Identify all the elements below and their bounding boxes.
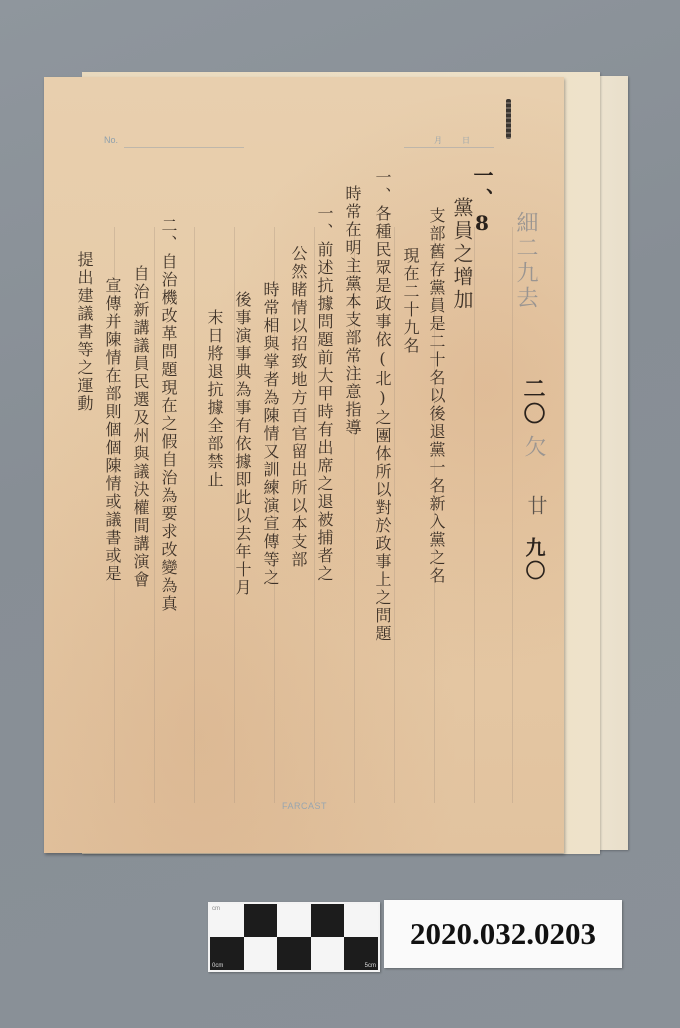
margin-note-pencil: 欠 — [522, 435, 544, 460]
color-scale-bar: cm 0cm 5cm — [208, 902, 380, 972]
ruled-line — [154, 227, 155, 803]
handwritten-column: 二、自治機改革問題現在之假自治為要求改變為真 — [160, 217, 176, 613]
handwritten-column: 現在二十九名 — [402, 247, 418, 355]
paper-watermark: FARCAST — [282, 801, 327, 811]
catalog-id-text: 2020.032.0203 — [410, 916, 596, 952]
form-no-underline — [124, 147, 244, 148]
form-date-underline — [404, 147, 494, 148]
ruled-line — [474, 227, 475, 803]
margin-note-ink: 二〇 — [522, 377, 544, 427]
handwritten-column: 時常相與掌者為陳情又訓練演宣傳等之 — [262, 281, 278, 587]
form-month-label: 月 — [434, 135, 442, 146]
form-day-label: 日 — [462, 135, 470, 146]
catalog-id-label: 2020.032.0203 — [384, 900, 622, 968]
handwritten-column: 後事演事典為事有依據即此以去年十月 — [234, 291, 250, 597]
handwritten-column: 末日將退抗據全部禁止 — [206, 309, 222, 489]
handwritten-column: 公然睹情以招致地方百官留出所以本支部 — [290, 245, 306, 569]
scale-start-label: 0cm — [212, 963, 223, 969]
ruled-line — [512, 227, 513, 803]
checkerboard-scale — [210, 904, 378, 970]
handwritten-column: 提出建議書等之運動 — [76, 251, 92, 413]
margin-note: 廿 — [526, 495, 546, 518]
handwritten-column: 支部舊存黨員是二十名以後退黨一名新入黨之名 — [428, 207, 444, 585]
handwritten-column: 宣傳并陳情在部則個個陳情或議書或是 — [104, 277, 120, 583]
handwritten-column: 黨員之增加 — [452, 197, 472, 312]
ruled-line — [394, 227, 395, 803]
form-no-label: No. — [104, 135, 118, 145]
ink-mark — [506, 99, 511, 139]
handwritten-column: 一、前述抗據問題前大甲時有出席之退被捕者之 — [316, 205, 332, 583]
handwritten-column: 一、各種民眾是政事依(北)之團体所以對於政事上之問題 — [374, 169, 390, 643]
ruled-line — [194, 227, 195, 803]
scale-end-label: 5cm — [365, 963, 376, 969]
scale-unit-label: cm — [212, 906, 220, 912]
margin-note-pencil: 細二九去 — [514, 211, 536, 311]
document-sheet: No. 月 日 一、8 黨員之增加 支部舊存黨員是二十名以後退黨一名新入黨之名 … — [44, 77, 564, 853]
margin-note-ink: 九〇 — [524, 537, 544, 583]
handwritten-column: 自治新講議員民選及州與議決權間講演會 — [132, 265, 148, 589]
section-marker: 一、8 — [472, 165, 492, 238]
handwritten-column: 時常在明主黨本支部常注意指導 — [344, 185, 360, 437]
